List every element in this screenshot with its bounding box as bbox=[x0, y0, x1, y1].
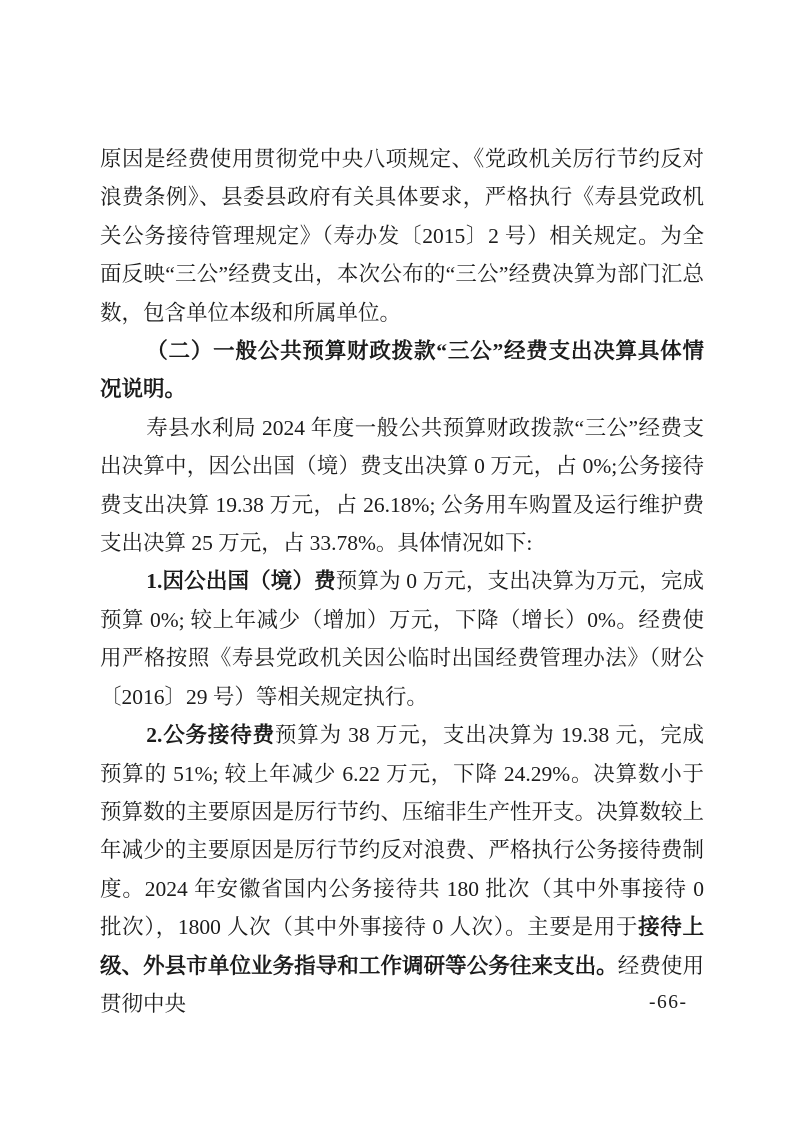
paragraph-continuation: 原因是经费使用贯彻党中央八项规定、《党政机关厉行节约反对浪费条例》、县委县政府有… bbox=[100, 140, 704, 332]
item-1-lead: 1.因公出国（境）费 bbox=[146, 569, 336, 593]
section-heading-text: （二）一般公共预算财政拨款“三公”经费支出决算具体情况说明。 bbox=[100, 339, 704, 401]
paragraph-text: 寿县水利局 2024 年度一般公共预算财政拨款“三公”经费支出决算中，因公出国（… bbox=[100, 416, 704, 555]
item-2-lead: 2.公务接待费 bbox=[146, 723, 275, 747]
document-text-block: 原因是经费使用贯彻党中央八项规定、《党政机关厉行节约反对浪费条例》、县委县政府有… bbox=[100, 140, 704, 1023]
page-number: -66- bbox=[649, 992, 688, 1014]
paragraph-item-1: 1.因公出国（境）费预算为 0 万元，支出决算为万元，完成预算 0%; 较上年减… bbox=[100, 562, 704, 716]
paragraph-item-2: 2.公务接待费预算为 38 万元，支出决算为 19.38 元，完成预算的 51%… bbox=[100, 716, 704, 1023]
paragraph-overview: 寿县水利局 2024 年度一般公共预算财政拨款“三公”经费支出决算中，因公出国（… bbox=[100, 409, 704, 563]
document-page: 原因是经费使用贯彻党中央八项规定、《党政机关厉行节约反对浪费条例》、县委县政府有… bbox=[0, 0, 795, 1122]
section-heading: （二）一般公共预算财政拨款“三公”经费支出决算具体情况说明。 bbox=[100, 332, 704, 409]
paragraph-text: 原因是经费使用贯彻党中央八项规定、《党政机关厉行节约反对浪费条例》、县委县政府有… bbox=[100, 147, 704, 325]
paragraph-text: 预算为 38 万元，支出决算为 19.38 元，完成预算的 51%; 较上年减少… bbox=[100, 723, 704, 939]
